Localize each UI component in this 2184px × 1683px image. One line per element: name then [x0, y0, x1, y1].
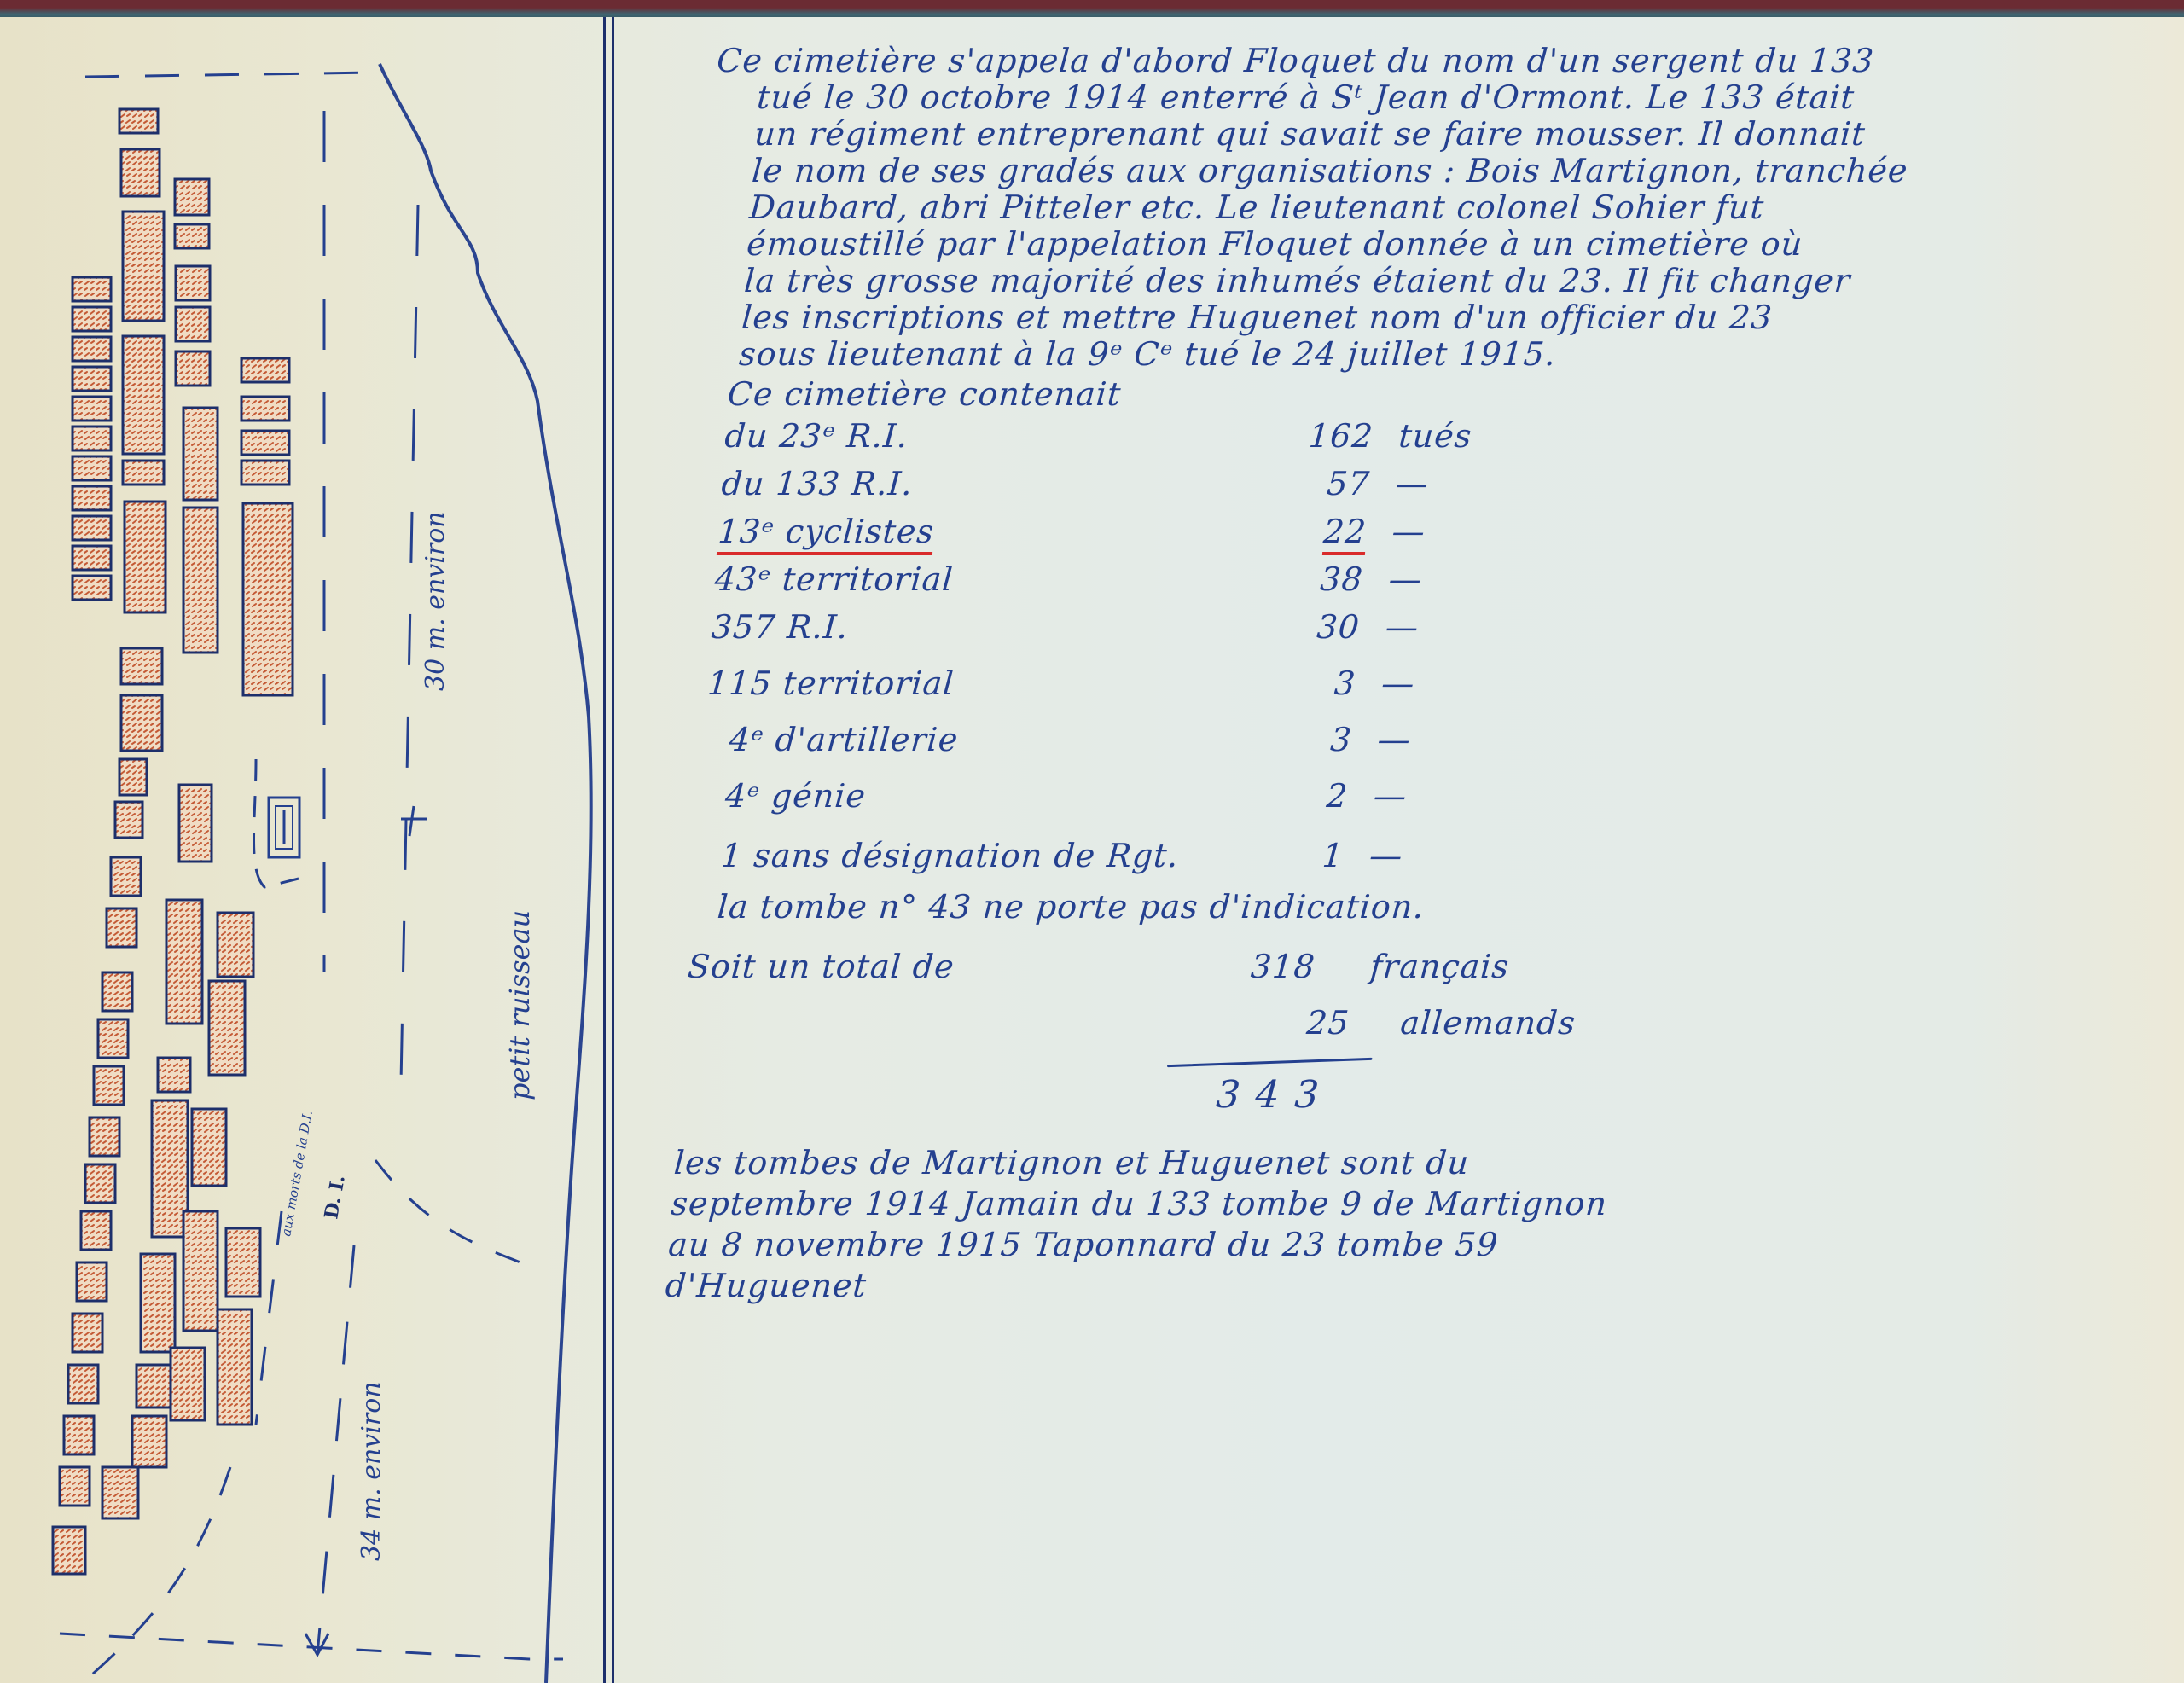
- tally-suffix: —: [1387, 561, 1423, 598]
- paragraph-line: le nom de ses gradés aux organisations :…: [708, 153, 2184, 189]
- tally-count: 38: [1268, 561, 1364, 598]
- tally-row: du 133 R.I. 57 —: [685, 466, 2173, 514]
- tally-count: 57: [1275, 466, 1371, 502]
- tally-count-value: 22: [1322, 513, 1368, 555]
- svg-text:aux morts de la D.I.: aux morts de la D.I.: [278, 1109, 316, 1237]
- closing-line: les tombes de Martignon et Huguenet sont…: [638, 1145, 2125, 1186]
- svg-text:34 m. environ: 34 m. environ: [357, 1381, 386, 1561]
- tally-unit: 115 territorial: [706, 665, 955, 702]
- map-drawing: 30 m. environ petit ruisseau 34 m. envir…: [0, 17, 606, 1683]
- tally-count: 30: [1264, 609, 1361, 646]
- handwritten-notes: Ce cimetière s'appela d'abord Floquet du…: [630, 43, 2184, 1309]
- tally-suffix: —: [1380, 665, 1416, 702]
- tally-row: 115 territorial 3 —: [671, 665, 2159, 722]
- paragraph-line: la très grosse majorité des inhumés étai…: [700, 263, 2184, 299]
- tally-suffix: tués: [1397, 418, 1473, 455]
- notebook-page: 30 m. environ petit ruisseau 34 m. envir…: [0, 17, 2184, 1683]
- tally-suffix: —: [1384, 609, 1420, 646]
- tally-suffix: —: [1373, 778, 1409, 815]
- tally-unit: 1 sans désignation de Rgt.: [720, 838, 1180, 874]
- tally-unit-underlined: 13ᵉ cyclistes: [717, 514, 936, 555]
- svg-text:30 m. environ: 30 m. environ: [421, 511, 450, 691]
- tally-row: du 23ᵉ R.I. 162 tués: [688, 418, 2176, 466]
- tally-unit: 43ᵉ territorial: [713, 561, 955, 598]
- tally-count: 162: [1278, 418, 1374, 455]
- paragraph-line: les inscriptions et mettre Huguenet nom …: [698, 299, 2184, 336]
- tally-intro: Ce cimetière contenait: [693, 376, 2180, 413]
- paragraph-line: émoustillé par l'appelation Floquet donn…: [703, 226, 2184, 263]
- tally-suffix: —: [1394, 466, 1430, 502]
- tally-row: 4ᵉ d'artillerie 3 —: [667, 722, 2156, 778]
- tally-unit: 357 R.I.: [710, 609, 849, 646]
- paragraph-line: tué le 30 octobre 1914 enterré à Sᵗ Jean…: [713, 79, 2184, 116]
- tally-count-underlined: 22: [1271, 514, 1368, 550]
- margin-rule-right: [612, 17, 614, 1683]
- burial-tally: du 23ᵉ R.I. 162 tués du 133 R.I. 57 — 13…: [659, 418, 2177, 889]
- tally-row-highlighted: 13ᵉ cyclistes 22 —: [682, 514, 2169, 561]
- unmarked-grave-note: la tombe n° 43 ne porte pas d'indication…: [655, 889, 2143, 940]
- tally-unit: du 133 R.I.: [720, 466, 914, 502]
- margin-rule-left: [603, 17, 606, 1683]
- tally-unit: 4ᵉ génie: [724, 778, 868, 815]
- totals-block: Soit un total de 318 français 25 alleman…: [642, 949, 2140, 1145]
- closing-line: au 8 novembre 1915 Taponnard du 23 tombe…: [632, 1227, 2119, 1268]
- tally-count: 2: [1253, 778, 1350, 815]
- paragraph-line: sous lieutenant à la 9ᵉ Cᵉ tué le 24 jui…: [695, 336, 2182, 373]
- tally-count: 3: [1261, 665, 1357, 702]
- german-label: allemands: [1399, 1005, 1577, 1042]
- tally-unit: 4ᵉ d'artillerie: [728, 722, 960, 758]
- tally-count: 1: [1249, 838, 1345, 874]
- french-count: 318: [1250, 949, 1317, 985]
- tally-unit: du 23ᵉ R.I.: [723, 418, 909, 455]
- sum-rule: [1167, 1058, 1373, 1067]
- closing-line: d'Huguenet: [630, 1268, 2117, 1309]
- german-count: 25: [1305, 1005, 1350, 1042]
- grand-total: 343: [1215, 1077, 1335, 1113]
- french-label: français: [1369, 949, 1511, 985]
- closing-line: septembre 1914 Jamain du 133 tombe 9 de …: [636, 1186, 2123, 1227]
- tally-suffix: —: [1376, 722, 1412, 758]
- tally-count: 3: [1257, 722, 1353, 758]
- cemetery-map-sketch: 30 m. environ petit ruisseau 34 m. envir…: [0, 17, 606, 1683]
- svg-text:D. I.: D. I.: [320, 1174, 350, 1221]
- tally-row: 4ᵉ génie 2 —: [663, 778, 2152, 838]
- tally-suffix: —: [1368, 838, 1404, 874]
- paragraph-line: un régiment entreprenant qui savait se f…: [711, 116, 2184, 153]
- closing-paragraph: les tombes de Martignon et Huguenet sont…: [630, 1145, 2125, 1309]
- tally-row: 43ᵉ territorial 38 —: [678, 561, 2166, 609]
- tally-row: 1 sans désignation de Rgt. 1 —: [659, 838, 2147, 889]
- paragraph-line: Daubard, abri Pitteler etc. Le lieutenan…: [706, 189, 2184, 226]
- total-label: Soit un total de: [687, 949, 956, 985]
- tally-suffix: —: [1391, 514, 1426, 550]
- paragraph-line: Ce cimetière s'appela d'abord Floquet du…: [716, 43, 2184, 79]
- tally-row: 357 R.I. 30 —: [675, 609, 2164, 665]
- svg-text:petit ruisseau: petit ruisseau: [503, 910, 536, 1100]
- history-paragraph: Ce cimetière s'appela d'abord Floquet du…: [695, 43, 2184, 373]
